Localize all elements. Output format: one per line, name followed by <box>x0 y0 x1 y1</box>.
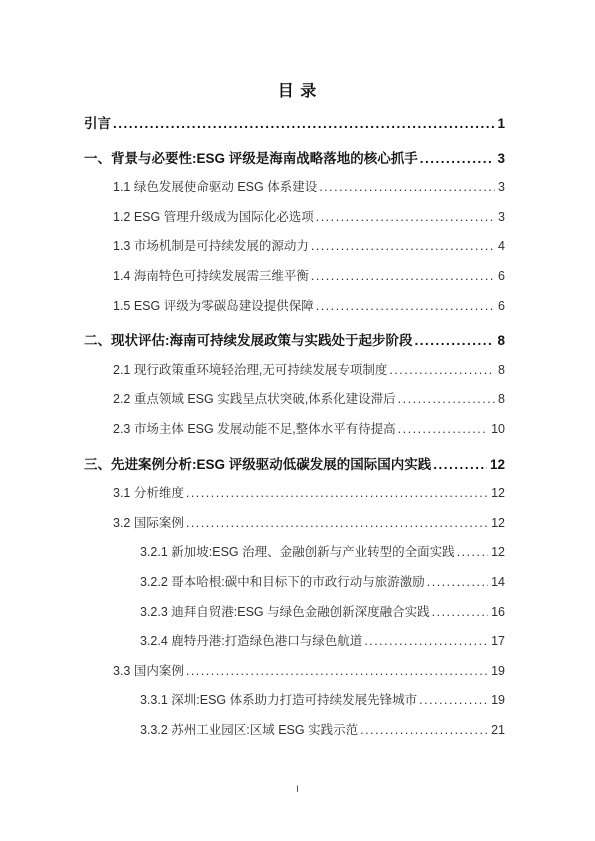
dot-leader <box>432 598 488 628</box>
toc-entry-label: 一、背景与必要性:ESG 评级是海南战略落地的核心抓手 <box>84 144 418 174</box>
dot-leader <box>186 479 488 509</box>
dot-leader <box>311 262 495 292</box>
toc-page-number: 8 <box>498 385 505 415</box>
toc-page-number: 3 <box>498 173 505 203</box>
toc-page-number: 14 <box>491 568 505 598</box>
dot-leader <box>360 716 488 746</box>
dot-leader <box>319 173 495 203</box>
toc-entry[interactable]: 3.3 国内案例 19 <box>84 657 505 687</box>
toc-entry[interactable]: 二、现状评估:海南可持续发展政策与实践处于起步阶段 8 <box>84 326 505 356</box>
toc-entry[interactable]: 1.2 ESG 管理升级成为国际化必选项 3 <box>84 203 505 233</box>
toc-entry-label: 1.1 绿色发展使命驱动 ESG 体系建设 <box>113 173 317 203</box>
toc-entry[interactable]: 3.2 国际案例 12 <box>84 509 505 539</box>
toc-page-number: 12 <box>490 450 505 480</box>
toc-page-number: 3 <box>498 203 505 233</box>
dot-leader <box>427 568 488 598</box>
dot-leader <box>364 627 488 657</box>
toc-page-number: 3 <box>497 144 505 174</box>
dot-leader <box>311 232 495 262</box>
toc-entry-label: 3.3.2 苏州工业园区:区域 ESG 实践示范 <box>140 716 358 746</box>
toc-page-number: 12 <box>491 538 505 568</box>
toc-entry[interactable]: 引言 1 <box>84 109 505 139</box>
toc-page-number: 12 <box>491 479 505 509</box>
dot-leader <box>113 109 494 139</box>
toc-entry[interactable]: 1.3 市场机制是可持续发展的源动力 4 <box>84 232 505 262</box>
toc-entry-label: 三、先进案例分析:ESG 评级驱动低碳发展的国际国内实践 <box>84 450 431 480</box>
toc-entry[interactable]: 1.5 ESG 评级为零碳岛建设提供保障 6 <box>84 292 505 322</box>
dot-leader <box>316 203 495 233</box>
toc-page-number: 6 <box>498 292 505 322</box>
toc-entry-label: 二、现状评估:海南可持续发展政策与实践处于起步阶段 <box>84 326 413 356</box>
toc-entry[interactable]: 3.1 分析维度 12 <box>84 479 505 509</box>
toc-entry[interactable]: 2.1 现行政策重环境轻治理,无可持续发展专项制度 8 <box>84 356 505 386</box>
toc-entry-label: 2.3 市场主体 ESG 发展动能不足,整体水平有待提高 <box>113 415 396 445</box>
toc-entry-label: 3.3 国内案例 <box>113 657 184 687</box>
toc-entry-label: 1.4 海南特色可持续发展需三维平衡 <box>113 262 309 292</box>
dot-leader <box>457 538 488 568</box>
toc-entry-label: 3.2.3 迪拜自贸港:ESG 与绿色金融创新深度融合实践 <box>140 598 430 628</box>
toc-entry[interactable]: 3.2.2 哥本哈根:碳中和目标下的市政行动与旅游激励 14 <box>84 568 505 598</box>
dot-leader <box>186 509 488 539</box>
page-title: 目 录 <box>0 78 595 101</box>
toc-entry[interactable]: 2.3 市场主体 ESG 发展动能不足,整体水平有待提高 10 <box>84 415 505 445</box>
toc-entry-label: 2.1 现行政策重环境轻治理,无可持续发展专项制度 <box>113 356 387 386</box>
toc-entry[interactable]: 1.1 绿色发展使命驱动 ESG 体系建设 3 <box>84 173 505 203</box>
toc-entry[interactable]: 3.3.2 苏州工业园区:区域 ESG 实践示范 21 <box>84 716 505 746</box>
toc-page-number: 1 <box>497 109 505 139</box>
toc-entry[interactable]: 3.2.4 鹿特丹港:打造绿色港口与绿色航道 17 <box>84 627 505 657</box>
dot-leader <box>419 686 488 716</box>
footer-page-number: I <box>0 784 595 794</box>
dot-leader <box>389 356 495 386</box>
dot-leader <box>398 385 495 415</box>
toc-page-number: 4 <box>498 232 505 262</box>
toc-entry[interactable]: 3.2.1 新加坡:ESG 治理、金融创新与产业转型的全面实践 12 <box>84 538 505 568</box>
toc-entry[interactable]: 三、先进案例分析:ESG 评级驱动低碳发展的国际国内实践 12 <box>84 450 505 480</box>
toc-page-number: 12 <box>491 509 505 539</box>
dot-leader <box>186 657 488 687</box>
toc-page-number: 10 <box>491 415 505 445</box>
table-of-contents: 引言 1 一、背景与必要性:ESG 评级是海南战略落地的核心抓手 3 1.1 绿… <box>84 109 505 745</box>
dot-leader <box>420 144 495 174</box>
toc-entry-label: 3.2.2 哥本哈根:碳中和目标下的市政行动与旅游激励 <box>140 568 425 598</box>
dot-leader <box>316 292 495 322</box>
dot-leader <box>398 415 488 445</box>
toc-page-number: 21 <box>491 716 505 746</box>
toc-entry[interactable]: 一、背景与必要性:ESG 评级是海南战略落地的核心抓手 3 <box>84 144 505 174</box>
toc-entry[interactable]: 2.2 重点领域 ESG 实践呈点状突破,体系化建设滞后 8 <box>84 385 505 415</box>
document-page: 目 录 引言 1 一、背景与必要性:ESG 评级是海南战略落地的核心抓手 3 1… <box>0 0 595 841</box>
toc-entry-label: 1.2 ESG 管理升级成为国际化必选项 <box>113 203 314 233</box>
toc-page-number: 8 <box>497 326 505 356</box>
toc-entry-label: 3.2 国际案例 <box>113 509 184 539</box>
toc-entry-label: 2.2 重点领域 ESG 实践呈点状突破,体系化建设滞后 <box>113 385 396 415</box>
toc-entry-label: 1.5 ESG 评级为零碳岛建设提供保障 <box>113 292 314 322</box>
toc-page-number: 16 <box>491 598 505 628</box>
toc-entry-label: 引言 <box>84 109 111 139</box>
toc-page-number: 19 <box>491 657 505 687</box>
dot-leader <box>433 450 487 480</box>
toc-entry-label: 3.1 分析维度 <box>113 479 184 509</box>
toc-entry[interactable]: 3.3.1 深圳:ESG 体系助力打造可持续发展先锋城市 19 <box>84 686 505 716</box>
toc-page-number: 6 <box>498 262 505 292</box>
toc-entry-label: 1.3 市场机制是可持续发展的源动力 <box>113 232 309 262</box>
dot-leader <box>415 326 495 356</box>
toc-entry-label: 3.2.4 鹿特丹港:打造绿色港口与绿色航道 <box>140 627 362 657</box>
toc-entry-label: 3.2.1 新加坡:ESG 治理、金融创新与产业转型的全面实践 <box>140 538 455 568</box>
toc-entry[interactable]: 3.2.3 迪拜自贸港:ESG 与绿色金融创新深度融合实践 16 <box>84 598 505 628</box>
toc-page-number: 17 <box>491 627 505 657</box>
toc-entry[interactable]: 1.4 海南特色可持续发展需三维平衡 6 <box>84 262 505 292</box>
toc-page-number: 8 <box>498 356 505 386</box>
toc-page-number: 19 <box>491 686 505 716</box>
toc-entry-label: 3.3.1 深圳:ESG 体系助力打造可持续发展先锋城市 <box>140 686 417 716</box>
